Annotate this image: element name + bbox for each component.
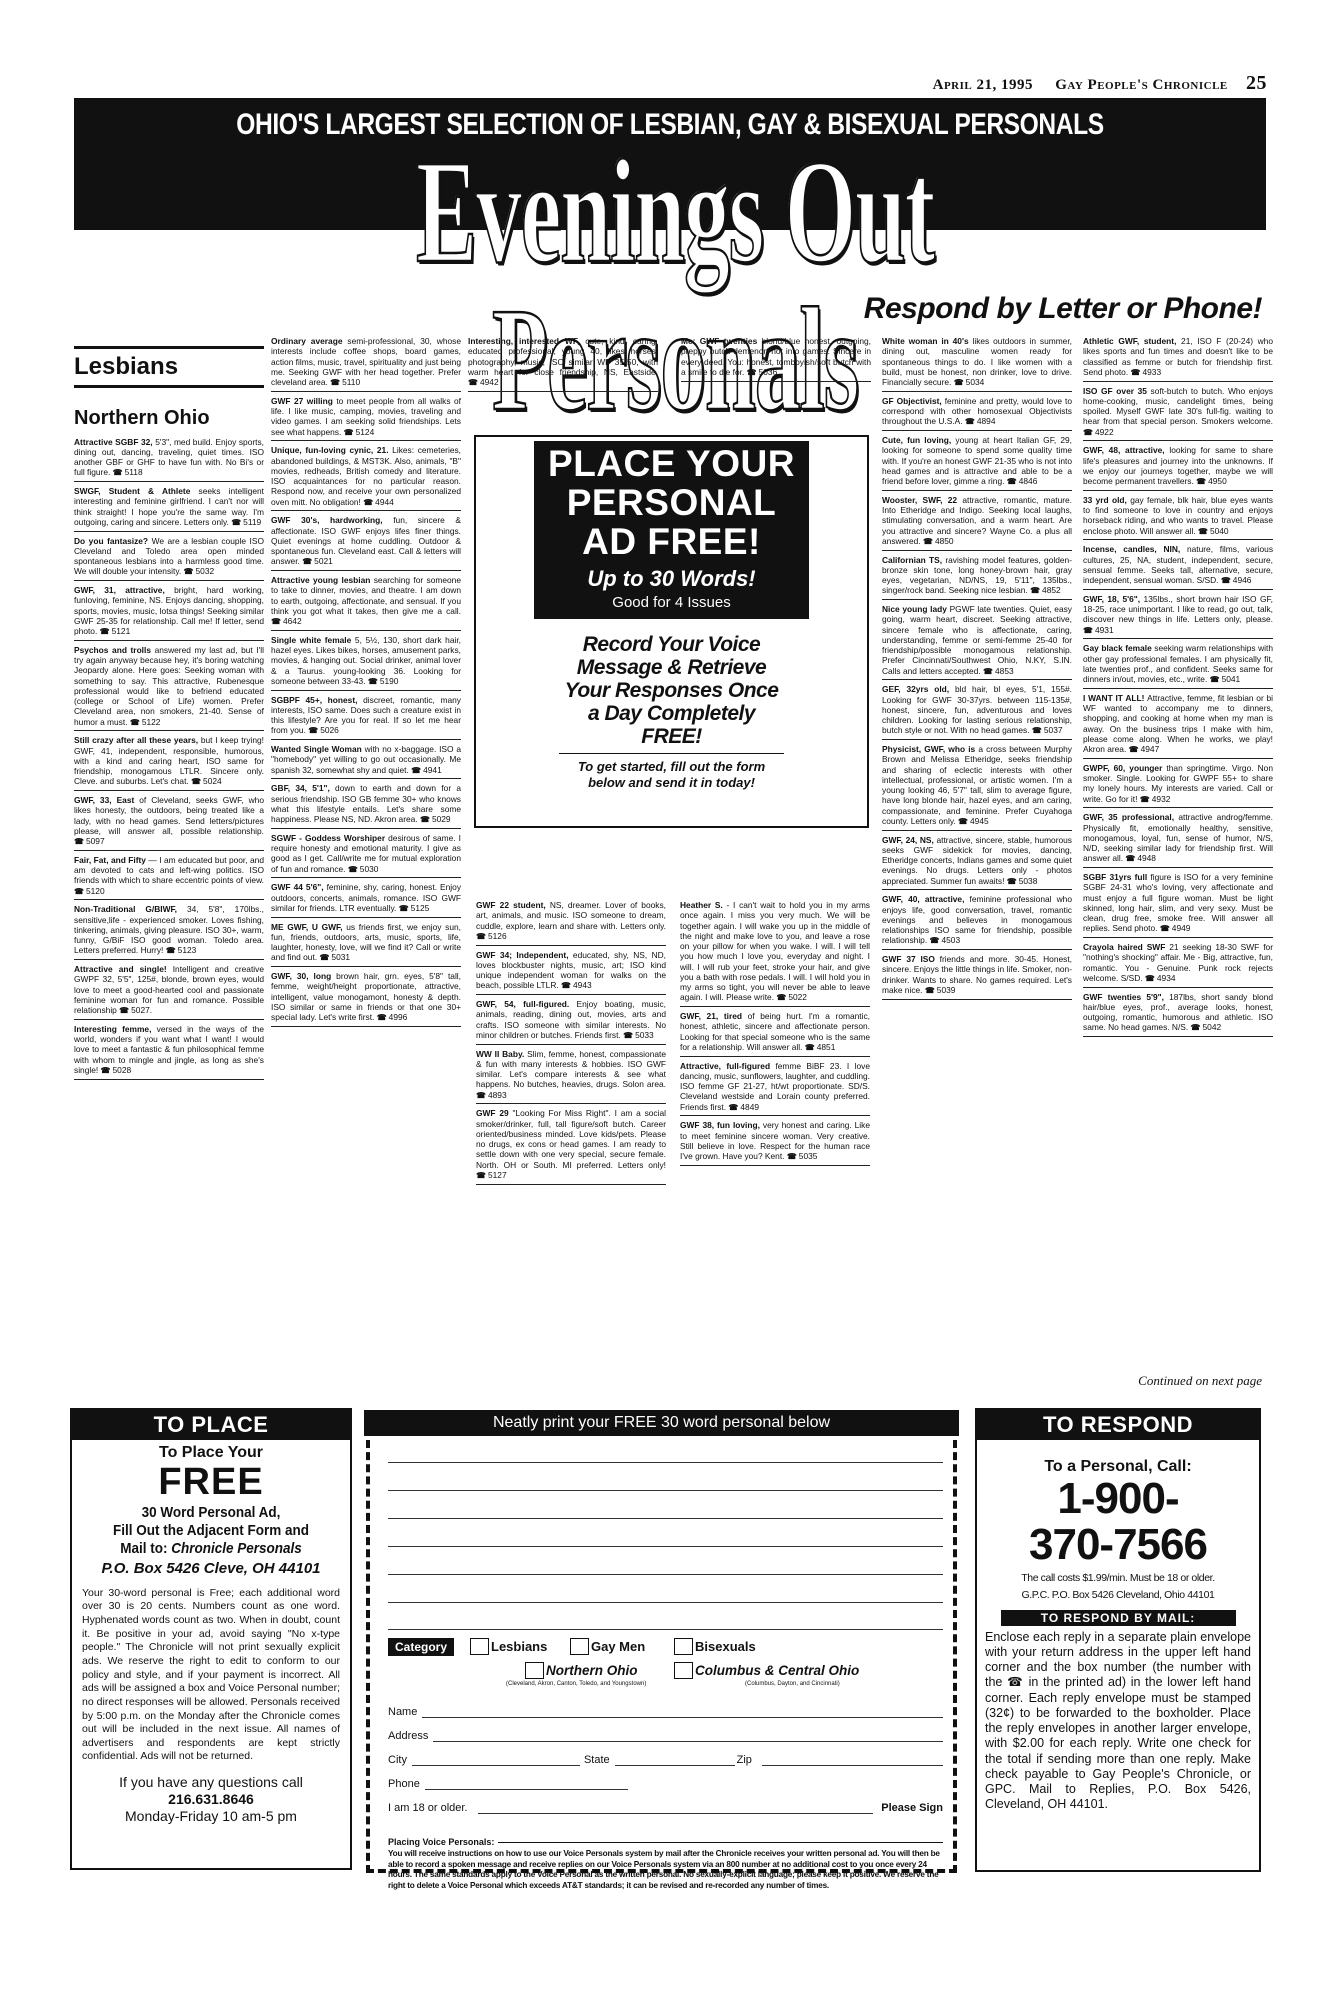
checkbox-label: Gay Men (591, 1639, 645, 1654)
to-place-mail-to: Chronicle Personals (171, 1540, 302, 1557)
box-number: 5121 (112, 626, 131, 636)
box-number: 5040 (1210, 526, 1229, 536)
personal-ad: Cute, fun loving, young at heart Italian… (882, 435, 1072, 491)
phone-icon: ☎ (1083, 626, 1093, 635)
phone-icon: ☎ (302, 557, 312, 566)
ad-lead: Interesting femme, (74, 1024, 157, 1034)
personal-ad: White woman in 40's likes outdoors in su… (882, 336, 1072, 392)
ad-list: Me: GWF twenties blond/blue honest, outg… (681, 336, 871, 382)
personal-ad: ISO GF over 35 soft-butch to butch. Who … (1083, 386, 1273, 442)
personal-ad: Do you fantasize? We are a lesbian coupl… (74, 536, 264, 582)
personal-ad: GWF, 33, East of Cleveland, seeks GWF, w… (74, 795, 264, 851)
checkbox-box[interactable] (570, 1638, 589, 1655)
to-place-line: Fill Out the Adjacent Form and (86, 1522, 336, 1540)
please-sign-label: Please Sign (881, 1802, 943, 1814)
ad-lead: Crayola haired SWF (1083, 942, 1169, 952)
section-heading: Lesbians (74, 346, 264, 388)
ad-lead: Wooster, SWF, 22 (882, 495, 962, 505)
personal-ad: ME GWF, U GWF, us friends first, we enjo… (271, 922, 461, 968)
phone-icon: ☎ (74, 837, 84, 846)
category-row: Category Lesbians Gay Men Bisexuals Nort… (388, 1638, 943, 1688)
place-ad-promo: PLACE YOUR PERSONAL AD FREE! Up to 30 Wo… (474, 435, 869, 828)
ad-list: Heather S. - I can't wait to hold you in… (680, 900, 870, 1166)
ad-lead: Attractive young lesbian (271, 575, 374, 585)
ad-lead: GWPF, 60, younger (1083, 763, 1166, 773)
promo-words: Up to 30 Words! (534, 566, 809, 592)
box-number: 4852 (1042, 585, 1061, 595)
checkbox-columbus[interactable]: Columbus & Central Ohio (674, 1662, 859, 1679)
box-number: 5032 (196, 566, 215, 576)
ad-lead: Do you fantasize? (74, 536, 152, 546)
box-number: 4846 (1019, 476, 1038, 486)
box-number: 5036 (759, 367, 778, 377)
ad-lead: Gay black female (1083, 643, 1154, 653)
phone-icon: ☎ (983, 667, 993, 676)
checkbox-box[interactable] (525, 1662, 544, 1679)
box-number: 5126 (488, 931, 507, 941)
ad-text: answered my last ad, but I'll try again … (74, 645, 264, 727)
ad-list: White woman in 40's likes outdoors in su… (882, 336, 1072, 1000)
box-number: 4932 (1152, 794, 1171, 804)
phone-icon: ☎ (130, 718, 140, 727)
checkbox-bisexuals[interactable]: Bisexuals (674, 1638, 756, 1655)
box-number: 4849 (740, 1102, 759, 1112)
ad-lead: Unique, fun-loving cynic, 21. (271, 445, 392, 455)
ad-lead: Attractive, full-figured (680, 1061, 775, 1071)
ad-text: a cross between Murphy Brown and Melissa… (882, 744, 1072, 826)
category-label: Category (388, 1638, 454, 1656)
to-respond-box: TO RESPOND To a Personal, Call: 1-900- 3… (975, 1408, 1261, 1872)
phone-icon: ☎ (231, 518, 241, 527)
promo-voice-line: FREE! (476, 725, 867, 748)
box-number: 5124 (356, 427, 375, 437)
phone-icon: ☎ (1198, 527, 1208, 536)
phone-icon: ☎ (747, 368, 757, 377)
field-label: State (584, 1754, 610, 1766)
form-frame: Category Lesbians Gay Men Bisexuals Nort… (366, 1440, 957, 1873)
box-number: 4853 (995, 666, 1014, 676)
ad-text-line[interactable] (388, 1629, 943, 1630)
box-number: 4942 (480, 377, 499, 387)
phone-icon: ☎ (1083, 428, 1093, 437)
phone-icon: ☎ (1125, 854, 1135, 863)
phone-icon: ☎ (1191, 1023, 1201, 1032)
to-place-rules: Your 30-word personal is Free; each addi… (72, 1587, 350, 1764)
box-number: 4947 (1141, 744, 1160, 754)
ad-lead: GWF 37 ISO (882, 954, 940, 964)
column-5: White woman in 40's likes outdoors in su… (882, 336, 1072, 1004)
box-number: 5118 (125, 467, 143, 477)
ad-lead: Physicist, GWF, who is (882, 744, 978, 754)
phone-icon: ☎ (348, 865, 358, 874)
address-field[interactable]: Address (388, 1730, 943, 1742)
ad-lead: Heather S. (680, 900, 727, 910)
phone-icon: ☎ (954, 378, 964, 387)
personal-ad: GWF 30's, hardworking, fun, sincere & af… (271, 515, 461, 571)
personal-ad: Unique, fun-loving cynic, 21. Likes: cem… (271, 445, 461, 511)
ad-lead: SGBF 31yrs full (1083, 872, 1150, 882)
ad-lead: GWF, 31, attractive, (74, 585, 174, 595)
ad-text-line[interactable] (388, 1518, 943, 1519)
personal-ad: Gay black female seeking warm relationsh… (1083, 643, 1273, 689)
voice-heading-text: Placing Voice Personals: (388, 1837, 494, 1847)
phone-number-part: 370-7566 (977, 1522, 1259, 1568)
phone-icon: ☎ (74, 887, 84, 896)
box-number: 4950 (1208, 476, 1227, 486)
box-number: 5030 (360, 864, 379, 874)
region-note: (Cleveland, Akron, Canton, Toledo, and Y… (506, 1681, 646, 1687)
personal-ad: GWF 22 student, NS, dreamer. Lover of bo… (476, 900, 666, 946)
box-number: 5039 (937, 985, 956, 995)
personal-ad: GWF, 31, attractive, bright, hard workin… (74, 585, 264, 641)
box-number: 4949 (1172, 923, 1191, 933)
personal-ad: Attractive and single! Intelligent and c… (74, 964, 264, 1020)
personal-ad: Heather S. - I can't wait to hold you in… (680, 900, 870, 1007)
box-number: 5127 (488, 1170, 507, 1180)
checkbox-lesbians[interactable]: Lesbians (470, 1638, 547, 1655)
questions-hours: Monday-Friday 10 am-5 pm (72, 1808, 350, 1825)
ad-lead: GEF, 32yrs old, (882, 684, 955, 694)
phone-icon: ☎ (1160, 924, 1170, 933)
personal-ad: GWF 38, fun loving, very honest and cari… (680, 1120, 870, 1166)
voice-personals-heading: Placing Voice Personals: (388, 1837, 943, 1847)
personal-ad: GWF 27 willing to meet people from all w… (271, 396, 461, 442)
box-number: 4948 (1137, 853, 1156, 863)
personal-ad: Single white female 5, 5½, 130, short da… (271, 635, 461, 691)
personal-ad: Wanted Single Woman with no x-baggage. I… (271, 744, 461, 779)
ad-lead: GWF 44 5'6", (271, 882, 327, 892)
ad-lead: Interesting, interested WF, (468, 336, 585, 346)
box-number: 5038 (1019, 876, 1038, 886)
phone-icon: ☎ (728, 1103, 738, 1112)
phone-icon: ☎ (166, 946, 176, 955)
personal-ad: Attractive young lesbian searching for s… (271, 575, 461, 631)
personal-ad: Incense, candles, NIN, nature, films, va… (1083, 544, 1273, 590)
personal-ad: Attractive, full-figured femme BiBF 23. … (680, 1061, 870, 1117)
phone-icon: ☎ (787, 1152, 797, 1161)
field-label: City (388, 1754, 407, 1766)
ad-text-line[interactable] (388, 1574, 943, 1575)
ad-lead: Attractive and single! (74, 964, 173, 974)
to-place-line: To Place Your (72, 1444, 350, 1462)
field-label: I am 18 or older. (388, 1802, 468, 1814)
ad-lead: GWF 34; Independent, (476, 950, 573, 960)
promo-voice-line: Message & Retrieve (476, 656, 867, 679)
name-field[interactable]: Name (388, 1706, 943, 1718)
ad-lead: GWF, 40, attractive, (882, 894, 970, 904)
box-number: 4946 (1233, 575, 1252, 585)
box-number: 5035 (799, 1151, 818, 1161)
ad-lead: GWF 27 willing (271, 396, 336, 406)
personal-ad: Wooster, SWF, 22 attractive, romantic, m… (882, 495, 1072, 551)
personal-ad: Crayola haired SWF 21 seeking 18-30 SWF … (1083, 942, 1273, 988)
box-number: 5042 (1203, 1022, 1222, 1032)
personal-ad-form: Neatly print your FREE 30 word personal … (364, 1410, 959, 1873)
city-state-zip-field[interactable]: CityStateZip (388, 1754, 943, 1766)
checkbox-box[interactable] (674, 1638, 693, 1655)
personal-ad: Interesting, interested WF, cute, kind, … (468, 336, 658, 392)
ad-lead: SGBPF 45+, honest, (271, 695, 363, 705)
box-number: 4850 (935, 536, 954, 546)
personal-ad: I WANT IT ALL! Attractive, femme, fit le… (1083, 693, 1273, 759)
ad-lead: GWF 22 student, (476, 900, 550, 910)
column-1: Lesbians Northern Ohio Attractive SGBF 3… (74, 336, 264, 1084)
call-cost: The call costs $1.99/min. Must be 18 or … (977, 1572, 1259, 1585)
ad-list: Ordinary average semi-professional, 30, … (271, 336, 461, 1027)
ad-text-line[interactable] (388, 1490, 943, 1491)
checkbox-label: Bisexuals (695, 1639, 756, 1654)
promo-start-line: To get started, fill out the form (476, 759, 867, 775)
region-heading: Northern Ohio (74, 406, 264, 430)
ad-text: - I can't wait to hold you in my arms on… (680, 900, 870, 1002)
po-box: G.P.C. P.O. Box 5426 Cleveland, Ohio 441… (977, 1589, 1259, 1602)
box-number: 5123 (178, 945, 197, 955)
phone-icon: ☎ (184, 567, 194, 576)
phone-icon: ☎ (1030, 586, 1040, 595)
ad-lead: SWGF, Student & Athlete (74, 486, 199, 496)
ad-text-line[interactable] (388, 1602, 943, 1603)
box-number: 4893 (488, 1090, 507, 1100)
to-respond-header: TO RESPOND (977, 1410, 1259, 1440)
personal-ad: SGBPF 45+, honest, discreet, romantic, m… (271, 695, 461, 741)
ad-lead: Wanted Single Woman (271, 744, 365, 754)
personal-ad: Attractive SGBF 32, 5'3", med build. Enj… (74, 437, 264, 483)
phone-icon: ☎ (476, 1091, 486, 1100)
personal-ad: Californian TS, ravishing model features… (882, 555, 1072, 601)
column-4: Me: GWF twenties blond/blue honest, outg… (681, 336, 871, 386)
phone-icon: ☎ (561, 981, 571, 990)
ad-lead: I WANT IT ALL! (1083, 693, 1147, 703)
checkbox-label: Lesbians (491, 1639, 547, 1654)
personal-ad: GWF, 35 professional, attractive androg/… (1083, 812, 1273, 868)
mail-header: TO RESPOND BY MAIL: (1001, 1610, 1236, 1626)
phone-icon: ☎ (923, 537, 933, 546)
box-number: 5119 (243, 517, 261, 527)
ad-lead: GWF, 30, long (271, 971, 336, 981)
personal-ad: Ordinary average semi-professional, 30, … (271, 336, 461, 392)
promo-line: PERSONAL (534, 484, 809, 523)
phone-icon: ☎ (1007, 477, 1017, 486)
ad-text-line[interactable] (388, 1546, 943, 1547)
to-place-box: TO PLACE To Place Your FREE 30 Word Pers… (70, 1408, 352, 1870)
ad-lead: Californian TS, (882, 555, 945, 565)
phone-icon: ☎ (623, 1031, 633, 1040)
ad-lead: GWF, 33, East (74, 795, 139, 805)
region-note: (Columbus, Dayton, and Cincinnati) (745, 1681, 840, 1687)
phone-icon: ☎ (271, 617, 281, 626)
phone-icon: ☎ (1131, 368, 1141, 377)
box-number: 5028 (113, 1065, 132, 1075)
phone-icon: ☎ (319, 953, 329, 962)
box-number: 5125 (411, 903, 430, 913)
phone-icon: ☎ (1032, 726, 1042, 735)
personal-ad: GEF, 32yrs old, bld hair, bl eyes, 5'1, … (882, 684, 1072, 740)
box-number: 5031 (331, 952, 350, 962)
ad-lead: GWF, 35 professional, (1083, 812, 1178, 822)
ad-list: Interesting, interested WF, cute, kind, … (468, 336, 658, 392)
phone-icon: ☎ (958, 817, 968, 826)
column-6: Athletic GWF, student, 21, ISO F (20-24)… (1083, 336, 1273, 1041)
box-number: 4943 (573, 980, 592, 990)
form-header: Neatly print your FREE 30 word personal … (364, 1410, 959, 1436)
phone-icon: ☎ (191, 777, 201, 786)
personal-ad: GWF, 54, full-figured. Enjoy boating, mu… (476, 999, 666, 1045)
box-number: 5027. (131, 1005, 152, 1015)
ad-lead: GWF 29 (476, 1108, 512, 1118)
box-number: 5110 (342, 377, 360, 387)
personal-ad: GWF 37 ISO friends and more. 30-45. Hone… (882, 954, 1072, 1000)
field-label: Phone (388, 1778, 420, 1790)
box-number: 5024 (203, 776, 222, 786)
divider (559, 753, 784, 754)
phone-icon: ☎ (805, 1043, 815, 1052)
box-number: 4922 (1095, 427, 1114, 437)
to-place-line: Mail to: (120, 1540, 167, 1557)
personal-ad: WW II Baby. Slim, femme, honest, compass… (476, 1049, 666, 1105)
phone-icon: ☎ (119, 1006, 129, 1015)
ad-lead: ISO GF over 35 (1083, 386, 1151, 396)
box-number: 4933 (1142, 367, 1161, 377)
phone-icon: ☎ (1210, 675, 1220, 684)
personal-ad: Psychos and trolls answered my last ad, … (74, 645, 264, 732)
personal-ad: SGWF - Goddess Worshiper desirous of sam… (271, 833, 461, 879)
checkbox-label: Northern Ohio (546, 1663, 638, 1678)
promo-start-text: To get started, fill out the form below … (476, 759, 867, 790)
personal-ad: SGBF 31yrs full figure is ISO for a very… (1083, 872, 1273, 938)
phone-icon: ☎ (377, 1013, 387, 1022)
box-number: 4945 (970, 816, 989, 826)
personal-ad: GWF, 21, tired of being hurt. I'm a roma… (680, 1011, 870, 1057)
ad-lead: White woman in 40's (882, 336, 972, 346)
phone-field[interactable]: Phone (388, 1778, 628, 1790)
personal-ad: Me: GWF twenties blond/blue honest, outg… (681, 336, 871, 382)
promo-issues: Good for 4 Issues (534, 594, 809, 611)
personal-ad: Physicist, GWF, who is a cross between M… (882, 744, 1072, 831)
box-number: 4642 (283, 616, 302, 626)
ad-list: Attractive SGBF 32, 5'3", med build. Enj… (74, 437, 264, 1080)
personal-ad: GWF, 40, attractive, feminine profession… (882, 894, 1072, 950)
publication-name: Gay People's Chronicle (1055, 77, 1228, 93)
phone-icon: ☎ (308, 726, 318, 735)
phone-icon: ☎ (100, 627, 110, 636)
phone-icon: ☎ (930, 936, 940, 945)
to-place-header: TO PLACE (72, 1410, 350, 1440)
ad-lead: Athletic GWF, student, (1083, 336, 1181, 346)
checkbox-box[interactable] (674, 1662, 693, 1679)
personal-ad: GWF, 30, long brown hair, grn. eyes, 5'8… (271, 971, 461, 1027)
box-number: 5120 (86, 886, 105, 896)
column-2: Ordinary average semi-professional, 30, … (271, 336, 461, 1031)
personal-ad: GWF 44 5'6", feminine, shy, caring, hone… (271, 882, 461, 917)
ad-lead: Psychos and trolls (74, 645, 155, 655)
promo-line: PLACE YOUR (534, 445, 809, 484)
field-label: Zip (737, 1754, 752, 1766)
phone-icon: ☎ (330, 378, 340, 387)
phone-icon: ☎ (1007, 877, 1017, 886)
phone-number-part: 1-900- (977, 1476, 1259, 1522)
ad-lead: GWF, 54, full-figured. (476, 999, 576, 1009)
ad-lead: 33 yrd old, (1083, 495, 1130, 505)
phone-icon: ☎ (420, 815, 430, 824)
promo-line: AD FREE! (534, 523, 809, 562)
ad-lead: Fair, Fat, and Fifty (74, 855, 148, 865)
phone-icon: ☎ (1221, 576, 1231, 585)
column-3: Interesting, interested WF, cute, kind, … (468, 336, 658, 396)
phone-icon: ☎ (1145, 974, 1155, 983)
column-4-lower: Heather S. - I can't wait to hold you in… (680, 900, 870, 1170)
box-number: 5190 (380, 676, 399, 686)
box-number: 4851 (817, 1042, 836, 1052)
phone-icon: ☎ (101, 1066, 111, 1075)
ad-list: Athletic GWF, student, 21, ISO F (20-24)… (1083, 336, 1273, 1037)
ad-lead: GWF 30's, hardworking, (271, 515, 393, 525)
box-number: 5034 (966, 377, 985, 387)
box-number: 5097 (86, 836, 105, 846)
ad-text: PGWF late twenties. Quiet, easy going, w… (882, 604, 1072, 676)
to-place-address: P.O. Box 5426 Cleve, OH 44101 (72, 1560, 350, 1577)
phone-icon: ☎ (1140, 795, 1150, 804)
personal-ad: GWF 34; Independent, educated, shy, NS, … (476, 950, 666, 996)
personal-ad: GF Objectivist, feminine and pretty, wou… (882, 396, 1072, 431)
phone-icon: ☎ (399, 904, 409, 913)
promo-voice-line: Record Your Voice (476, 633, 867, 656)
field-label: Address (388, 1730, 428, 1742)
signature-field[interactable]: I am 18 or older.Please Sign (388, 1802, 943, 1814)
masthead: April 21, 1995 Gay People's Chronicle 25 (933, 72, 1267, 95)
personal-ad: GWF twenties 5'9", 187lbs, short sandy b… (1083, 992, 1273, 1038)
ad-lead: GBF, 34, 5'1", (271, 783, 335, 793)
continued-note: Continued on next page (1138, 1373, 1262, 1389)
box-number: 5021 (314, 556, 333, 566)
promo-start-line: below and send it in today! (476, 775, 867, 791)
ad-list: GWF 22 student, NS, dreamer. Lover of bo… (476, 900, 666, 1185)
ad-lead: Ordinary average (271, 336, 347, 346)
box-number: 4996 (389, 1012, 408, 1022)
box-number: 5022 (788, 992, 807, 1002)
phone-icon: ☎ (411, 766, 421, 775)
phone-icon: ☎ (368, 677, 378, 686)
checkbox-box[interactable] (470, 1638, 489, 1655)
ad-lead: GWF twenties 5'9", (1083, 992, 1169, 1002)
phone-icon: ☎ (476, 932, 486, 941)
phone-icon: ☎ (468, 378, 478, 387)
ad-lead: GWF, 21, tired (680, 1011, 748, 1021)
promo-voice-line: a Day Completely (476, 702, 867, 725)
box-number: 4894 (977, 416, 996, 426)
ad-lead: GWF 38, fun loving, (680, 1120, 763, 1130)
ad-lead: Nice young lady (882, 604, 950, 614)
phone-icon: ☎ (344, 428, 354, 437)
ad-lead: SGWF - Goddess Worshiper (271, 833, 388, 843)
mail-instructions: Enclose each reply in a separate plain e… (977, 1630, 1259, 1813)
field-label: Name (388, 1706, 417, 1718)
phone-icon: ☎ (1129, 745, 1139, 754)
box-number: 4941 (423, 765, 442, 775)
personal-ad: Still crazy after all these years, but I… (74, 735, 264, 791)
phone-icon: ☎ (925, 986, 935, 995)
ad-lead: Non-Traditional G/BIWF, (74, 904, 187, 914)
box-number: 5122 (142, 717, 161, 727)
checkbox-northern-ohio[interactable]: Northern Ohio (525, 1662, 638, 1679)
personal-ad: Athletic GWF, student, 21, ISO F (20-24)… (1083, 336, 1273, 382)
ad-text-line[interactable] (388, 1462, 943, 1463)
box-number: 4944 (375, 497, 394, 507)
checkbox-gay-men[interactable]: Gay Men (570, 1638, 645, 1655)
personal-ad: Fair, Fat, and Fifty — I am educated but… (74, 855, 264, 901)
ad-lead: WW II Baby. (476, 1049, 527, 1059)
ad-lead: Me: GWF twenties (681, 336, 762, 346)
ad-lead: GF Objectivist, (882, 396, 945, 406)
